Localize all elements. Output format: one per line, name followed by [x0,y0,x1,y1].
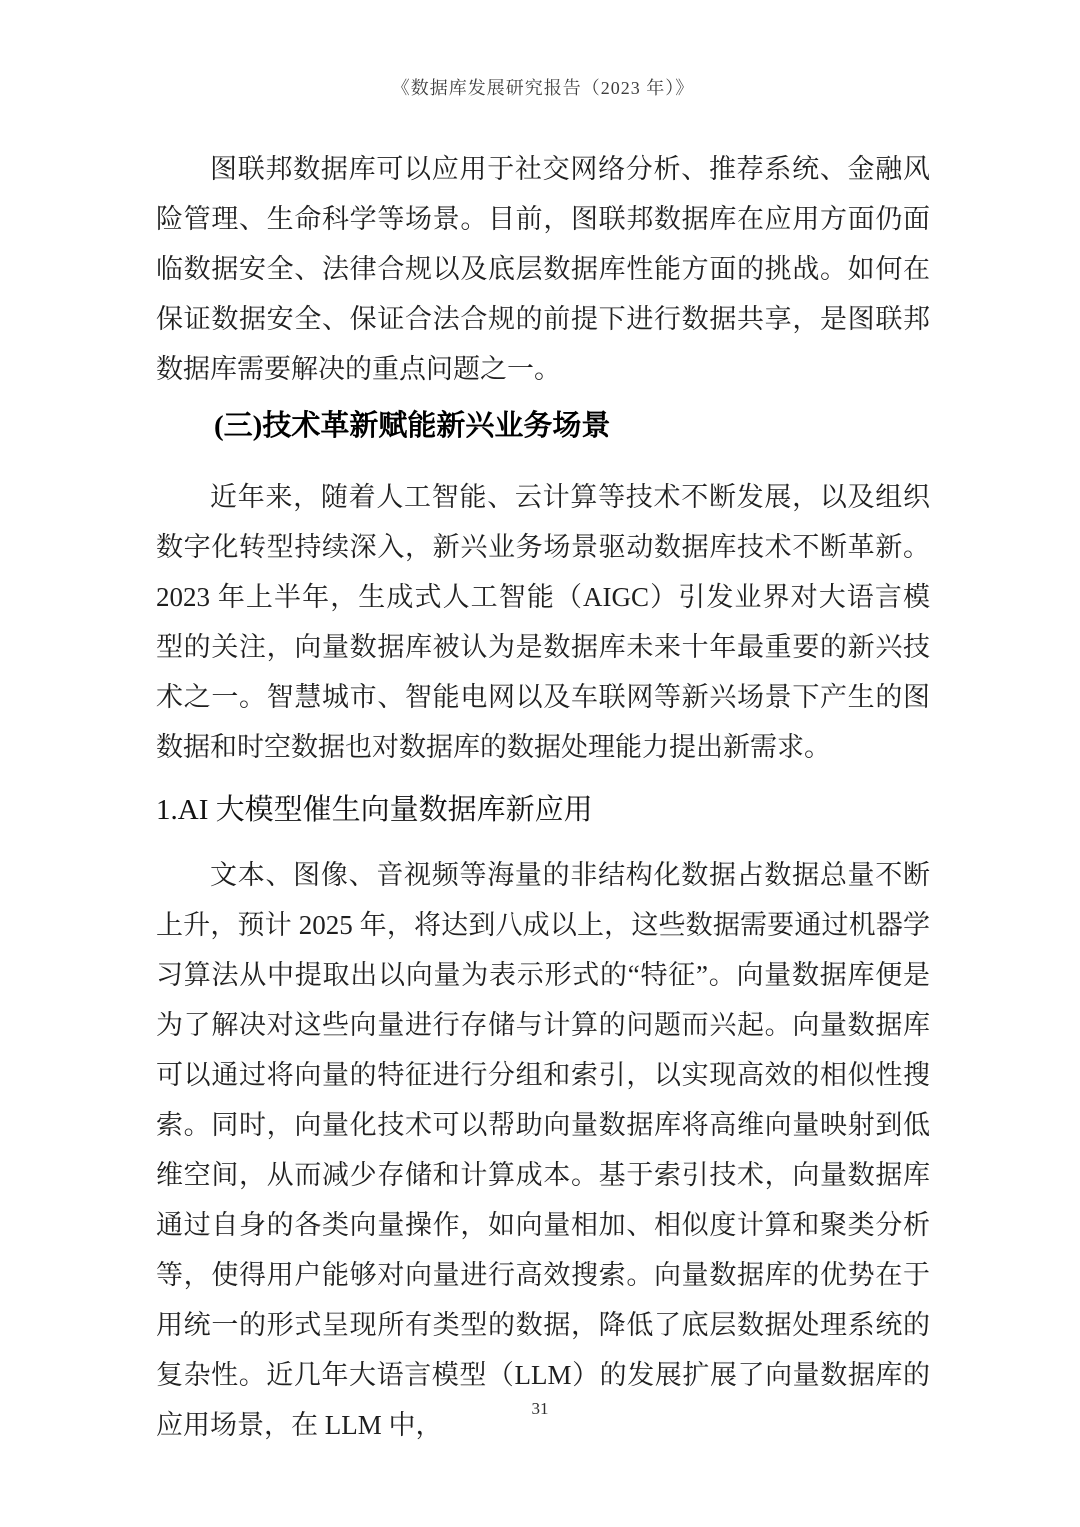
page-body: 图联邦数据库可以应用于社交网络分析、推荐系统、金融风险管理、生命科学等场景。目前… [156,144,930,1450]
document-page: 《数据库发展研究报告（2023 年）》 图联邦数据库可以应用于社交网络分析、推荐… [0,0,1080,1527]
page-number: 31 [0,1399,1080,1419]
paragraph-emerging-scenarios: 近年来，随着人工智能、云计算等技术不断发展，以及组织数字化转型持续深入，新兴业务… [156,472,930,772]
running-header: 《数据库发展研究报告（2023 年）》 [156,74,930,100]
paragraph-graph-federation: 图联邦数据库可以应用于社交网络分析、推荐系统、金融风险管理、生命科学等场景。目前… [156,144,930,394]
section-heading-tech-innovation: (三)技术革新赋能新兴业务场景 [156,400,930,452]
subsection-heading-ai-vector-db: 1.AI 大模型催生向量数据库新应用 [156,784,930,836]
paragraph-vector-database: 文本、图像、音视频等海量的非结构化数据占数据总量不断上升，预计 2025 年，将… [156,850,930,1450]
